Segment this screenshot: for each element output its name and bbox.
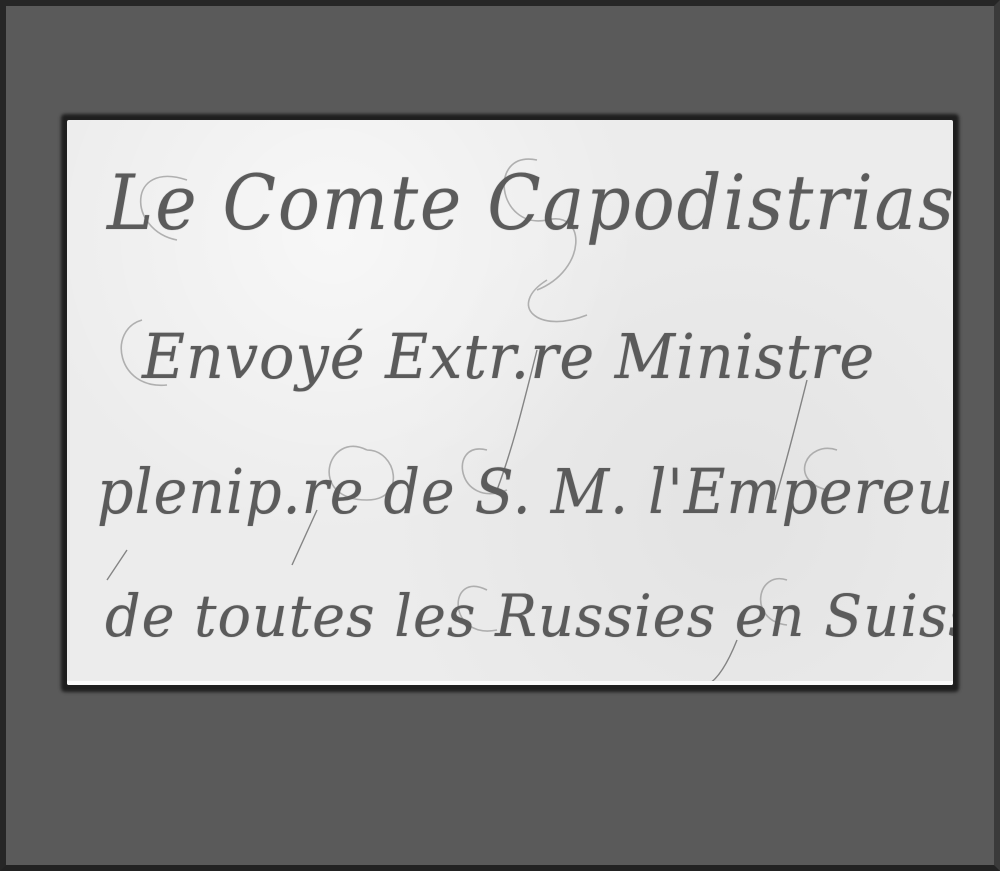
calling-card: Le Comte Capodistrias Envoyé Extr.re Min… [67,120,953,685]
card-line-plenipotentiary: plenip.re de S. M. l'Empereur [97,455,885,528]
card-line-russias-switzerland: de toutes les Russies en Suisse [105,582,919,650]
card-bottom-edge [67,681,953,685]
card-line-envoy: Envoyé Extr.re Ministre [142,320,912,393]
photo-frame: Le Comte Capodistrias Envoyé Extr.re Min… [0,0,1000,871]
card-line-title: Le Comte Capodistrias [107,158,885,247]
